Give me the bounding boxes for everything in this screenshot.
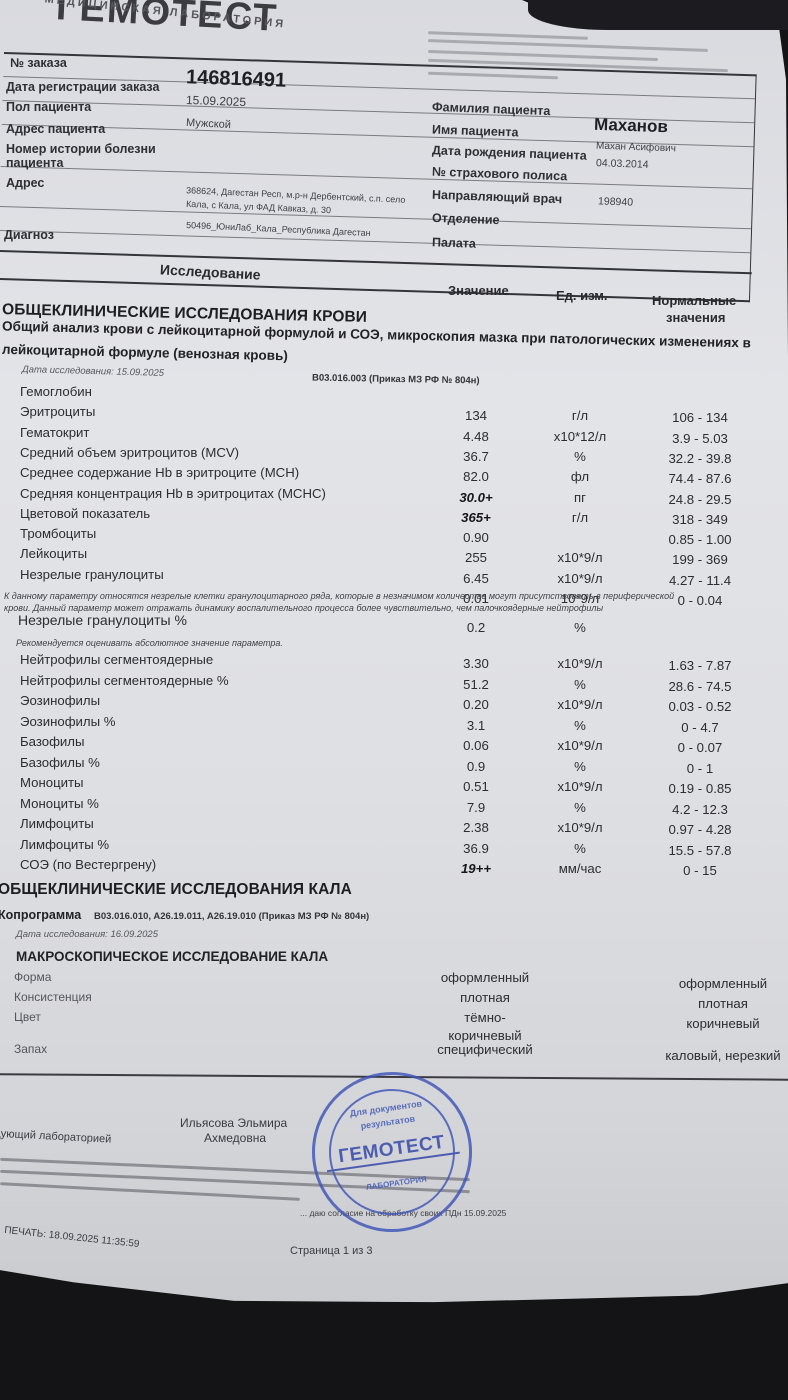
result-norm: коричневый — [648, 1016, 788, 1031]
result-unit: x10*9/л — [545, 820, 615, 835]
order-no-value: 146816491 — [186, 66, 287, 92]
diagnosis-label: Диагноз — [4, 228, 54, 242]
result-unit: фл — [545, 469, 615, 484]
table-row: Формаоформленныйоформленный — [0, 970, 788, 990]
result-value: 3.1 — [440, 718, 512, 733]
result-norm: 1.63 - 7.87 — [652, 658, 748, 673]
result-value-cont: коричневый — [420, 1028, 550, 1043]
result-unit: г/л — [545, 510, 615, 525]
result-value: 7.9 — [440, 800, 512, 815]
result-norm: 32.2 - 39.8 — [652, 451, 748, 466]
result-name: Моноциты — [20, 775, 84, 790]
result-norm: 0.85 - 1.00 — [652, 532, 748, 547]
result-name: Моноциты % — [20, 796, 99, 811]
stool-section-title: ОБЩЕКЛИНИЧЕСКИЕ ИССЛЕДОВАНИЯ КАЛА — [0, 881, 352, 899]
signer-name-1: Ильясова Эльмира — [180, 1116, 287, 1130]
result-value: 2.38 — [440, 820, 512, 835]
table-row: Моноциты %7.9%4.2 - 12.3 — [0, 796, 788, 816]
result-unit: % — [545, 800, 615, 815]
result-name: Лейкоциты — [20, 546, 87, 561]
page-number: Страница 1 из 3 — [290, 1245, 372, 1257]
stool-subsection: МАКРОСКОПИЧЕСКОЕ ИССЛЕДОВАНИЕ КАЛА — [16, 949, 328, 964]
result-norm: 0.03 - 0.52 — [652, 699, 748, 714]
result-value: специфический — [420, 1042, 550, 1057]
result-value: оформленный — [420, 970, 550, 985]
result-value: 36.9 — [440, 841, 512, 856]
result-norm: 0 - 4.7 — [652, 720, 748, 735]
result-value: 0.51 — [440, 779, 512, 794]
table-row: Среднее содержание Hb в эритроците (MCH)… — [0, 465, 788, 485]
department-label: Отделение — [432, 211, 500, 227]
result-unit: % — [545, 620, 615, 635]
result-norm: 3.9 - 5.03 — [652, 431, 748, 446]
result-name: Гематокрит — [20, 425, 89, 440]
result-norm: 0 - 0.07 — [652, 740, 748, 755]
name-label: Имя пациента — [432, 122, 519, 139]
result-name: Гемоглобин — [20, 384, 92, 399]
result-value: 3.30 — [440, 656, 512, 671]
doctor-value: 198940 — [598, 195, 633, 208]
result-value: 51.2 — [440, 677, 512, 692]
result-name: Нейтрофилы сегментоядерные — [20, 652, 213, 667]
result-unit: % — [545, 449, 615, 464]
result-unit: пг — [545, 490, 615, 505]
reg-date-value: 15.09.2025 — [186, 93, 247, 109]
result-norm: плотная — [648, 996, 788, 1011]
table-row: Лейкоциты255x10*9/л199 - 369 — [0, 546, 788, 566]
result-norm: 74.4 - 87.6 — [652, 471, 748, 486]
result-norm: 0.19 - 0.85 — [652, 781, 748, 796]
result-name: СОЭ (по Вестергрену) — [20, 857, 156, 872]
result-name: Средняя концентрация Hb в эритроцитах (M… — [20, 486, 326, 501]
result-unit: x10*9/л — [545, 550, 615, 565]
table-row: Нейтрофилы сегментоядерные3.30x10*9/л1.6… — [0, 652, 788, 672]
sex-label: Пол пациента — [6, 100, 91, 114]
table-row: Цветовой показатель365+г/л318 - 349 — [0, 506, 788, 526]
col-value: Значение — [448, 283, 509, 298]
result-value: плотная — [420, 990, 550, 1005]
result-norm: 0 - 1 — [652, 761, 748, 776]
result-value: 0.9 — [440, 759, 512, 774]
birth-value: 04.03.2014 — [596, 157, 649, 171]
address-label: Адрес — [6, 176, 44, 190]
result-value: 82.0 — [440, 469, 512, 484]
result-unit: x10*9/л — [545, 779, 615, 794]
table-row: Эозинофилы %3.1%0 - 4.7 — [0, 714, 788, 734]
result-norm: оформленный — [648, 976, 788, 991]
result-unit: % — [545, 841, 615, 856]
sex-value: Мужской — [186, 117, 232, 131]
result-norm: 24.8 - 29.5 — [652, 492, 748, 507]
result-unit: % — [545, 718, 615, 733]
table-row: Запахспецифическийкаловый, нерезкий — [0, 1042, 788, 1062]
table-row: Тромбоциты0.900.85 - 1.00 — [0, 526, 788, 546]
result-value: 134 — [440, 408, 512, 423]
table-row: Средний объем эритроцитов (MCV)36.7%32.2… — [0, 445, 788, 465]
result-unit: x10*12/л — [545, 429, 615, 444]
table-row: Консистенцияплотнаяплотная — [0, 990, 788, 1010]
result-unit: % — [545, 759, 615, 774]
result-name: Среднее содержание Hb в эритроците (MCH) — [20, 465, 299, 480]
col-norm-1: Нормальные — [652, 293, 736, 308]
result-unit: x10*9/л — [545, 738, 615, 753]
table-row: Базофилы0.06x10*9/л0 - 0.07 — [0, 734, 788, 754]
result-name: Эозинофилы — [20, 693, 100, 708]
result-norm: 4.27 - 11.4 — [652, 573, 748, 588]
result-name: Цветовой показатель — [20, 506, 150, 521]
table-row: Незрелые гранулоциты % 0.2 % — [0, 612, 788, 632]
table-row: Цветтёмно-коричневыйкоричневый — [0, 1010, 788, 1030]
result-name: Эозинофилы % — [20, 714, 115, 729]
result-name: Базофилы % — [20, 755, 100, 770]
table-row: Лимфоциты2.38x10*9/л0.97 - 4.28 — [0, 816, 788, 836]
result-name: Базофилы — [20, 734, 84, 749]
result-value: 0.2 — [440, 620, 512, 635]
result-name: Эритроциты — [20, 404, 95, 419]
table-row: Гематокрит4.48x10*12/л3.9 - 5.03 — [0, 425, 788, 445]
result-value: 30.0+ — [440, 490, 512, 505]
result-value: 6.45 — [440, 571, 512, 586]
result-name: Незрелые гранулоциты % — [18, 612, 187, 628]
table-row: Гемоглобин — [0, 384, 788, 404]
result-value: 255 — [440, 550, 512, 565]
surname-value: Маханов — [594, 115, 668, 138]
result-name: Нейтрофилы сегментоядерные % — [20, 673, 229, 688]
result-name: Лимфоциты — [20, 816, 94, 831]
result-norm: 106 - 134 — [652, 410, 748, 425]
result-norm: 199 - 369 — [652, 552, 748, 567]
table-row: Средняя концентрация Hb в эритроцитах (M… — [0, 486, 788, 506]
history-no-label: Номер истории болезни пациента — [6, 142, 166, 170]
result-value: 0.20 — [440, 697, 512, 712]
result-unit: % — [545, 677, 615, 692]
result-value: 19++ — [440, 861, 512, 876]
table-row: Эозинофилы0.20x10*9/л0.03 - 0.52 — [0, 693, 788, 713]
result-name: Цвет — [14, 1010, 41, 1024]
result-norm: 0 - 15 — [652, 863, 748, 878]
result-name: Средний объем эритроцитов (MCV) — [20, 445, 239, 460]
result-norm: 28.6 - 74.5 — [652, 679, 748, 694]
table-row: Лимфоциты %36.9%15.5 - 57.8 — [0, 837, 788, 857]
result-norm: 0.97 - 4.28 — [652, 822, 748, 837]
result-name: Лимфоциты % — [20, 837, 109, 852]
ward-label: Палата — [432, 235, 476, 251]
table-row: Незрелые гранулоциты6.45x10*9/л4.27 - 11… — [0, 567, 788, 587]
result-name: Тромбоциты — [20, 526, 96, 541]
result-value: 0.90 — [440, 530, 512, 545]
order-no-label: № заказа — [10, 56, 67, 70]
result-unit: г/л — [545, 408, 615, 423]
stool-test-code: B03.016.010, A26.19.011, A26.19.010 (При… — [94, 911, 369, 922]
result-norm: 15.5 - 57.8 — [652, 843, 748, 858]
result-value: 36.7 — [440, 449, 512, 464]
result-value: тёмно- — [420, 1010, 550, 1025]
immature-pct-note: Рекомендуется оценивать абсолютное значе… — [16, 638, 283, 648]
result-unit: x10*9/л — [545, 571, 615, 586]
stool-test-title: Копрограмма — [0, 908, 81, 922]
result-value: 365+ — [440, 510, 512, 525]
table-row: Базофилы %0.9%0 - 1 — [0, 755, 788, 775]
col-norm-2: значения — [666, 310, 725, 325]
result-norm: каловый, нерезкий — [648, 1048, 788, 1063]
signer-name-2: Ахмедовна — [204, 1131, 266, 1145]
result-value: 4.48 — [440, 429, 512, 444]
table-row: Нейтрофилы сегментоядерные %51.2%28.6 - … — [0, 673, 788, 693]
stool-study-date: Дата исследования: 16.09.2025 — [16, 929, 158, 940]
table-row: Моноциты0.51x10*9/л0.19 - 0.85 — [0, 775, 788, 795]
patient-address-label: Адрес пациента — [6, 122, 105, 136]
immature-note-1: К данному параметру относятся незрелые к… — [4, 591, 674, 601]
background-shadow — [528, 0, 788, 30]
result-unit: мм/час — [545, 861, 615, 876]
result-value: 0.06 — [440, 738, 512, 753]
result-name: Форма — [14, 970, 51, 984]
col-unit: Ед. изм. — [556, 288, 608, 303]
result-norm: 4.2 - 12.3 — [652, 802, 748, 817]
result-unit: x10*9/л — [545, 697, 615, 712]
result-unit: x10*9/л — [545, 656, 615, 671]
table-row: Эритроциты134г/л106 - 134 — [0, 404, 788, 424]
result-norm: 318 - 349 — [652, 512, 748, 527]
reg-date-label: Дата регистрации заказа — [6, 80, 159, 94]
result-name: Незрелые гранулоциты — [20, 567, 164, 582]
result-name: Запах — [14, 1042, 47, 1056]
table-row: СОЭ (по Вестергрену)19++мм/час0 - 15 — [0, 857, 788, 877]
result-name: Консистенция — [14, 990, 92, 1004]
